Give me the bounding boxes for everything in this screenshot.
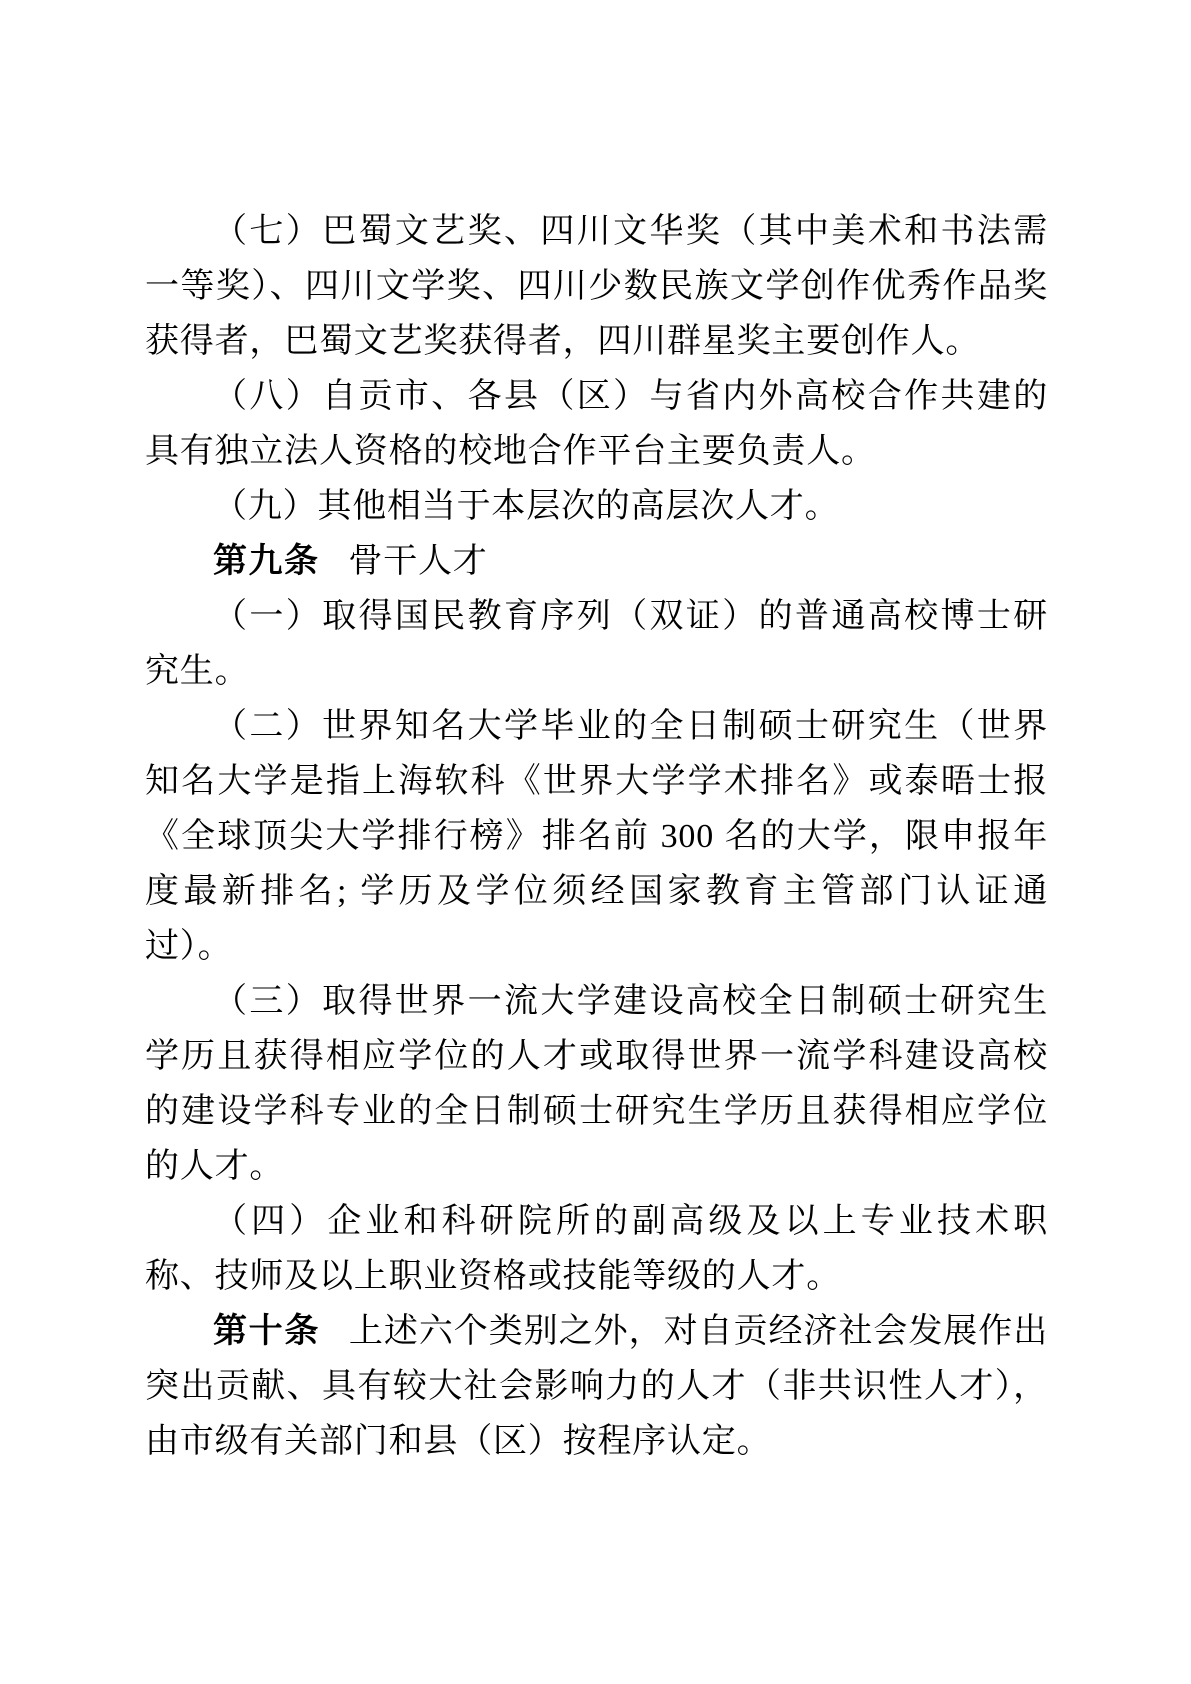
item-2-paragraph: （二）世界知名大学毕业的全日制硕士研究生（世界知名大学是指上海软科《世界大学学术… [145, 699, 1048, 974]
item-3-text: （三）取得世界一流大学建设高校全日制硕士研究生学历且获得相应学位的人才或取得世界… [145, 983, 1048, 1185]
clause-8-text: （八）自贡市、各县（区）与省内外高校合作共建的具有独立法人资格的校地合作平台主要… [145, 378, 1048, 470]
article-9-number: 第九条 [213, 542, 320, 580]
document-canvas: { "document": { "background_color": "#ff… [0, 0, 1191, 1684]
article-9-heading: 第九条骨干人才 [145, 534, 1048, 589]
clause-8-paragraph: （八）自贡市、各县（区）与省内外高校合作共建的具有独立法人资格的校地合作平台主要… [145, 369, 1048, 479]
clause-9-text: （九）其他相当于本层次的高层次人才。 [213, 488, 839, 525]
clause-7-paragraph: （七）巴蜀文艺奖、四川文华奖（其中美术和书法需一等奖）、四川文学奖、四川少数民族… [145, 204, 1048, 369]
item-1-text: （一）取得国民教育序列（双证）的普通高校博士研究生。 [145, 598, 1048, 690]
document-page: （七）巴蜀文艺奖、四川文华奖（其中美术和书法需一等奖）、四川文学奖、四川少数民族… [145, 204, 1048, 1469]
clause-7-text: （七）巴蜀文艺奖、四川文华奖（其中美术和书法需一等奖）、四川文学奖、四川少数民族… [145, 213, 1048, 360]
article-10-paragraph: 第十条上述六个类别之外，对自贡经济社会发展作出突出贡献、具有较大社会影响力的人才… [145, 1304, 1048, 1469]
item-4-paragraph: （四）企业和科研院所的副高级及以上专业技术职称、技师及以上职业资格或技能等级的人… [145, 1194, 1048, 1304]
clause-9-paragraph: （九）其他相当于本层次的高层次人才。 [145, 479, 1048, 534]
article-10-number: 第十条 [213, 1312, 320, 1350]
item-1-paragraph: （一）取得国民教育序列（双证）的普通高校博士研究生。 [145, 589, 1048, 699]
item-4-text: （四）企业和科研院所的副高级及以上专业技术职称、技师及以上职业资格或技能等级的人… [145, 1203, 1048, 1295]
item-3-paragraph: （三）取得世界一流大学建设高校全日制硕士研究生学历且获得相应学位的人才或取得世界… [145, 974, 1048, 1194]
item-2-text: （二）世界知名大学毕业的全日制硕士研究生（世界知名大学是指上海软科《世界大学学术… [145, 708, 1048, 965]
article-9-title: 骨干人才 [348, 543, 487, 580]
